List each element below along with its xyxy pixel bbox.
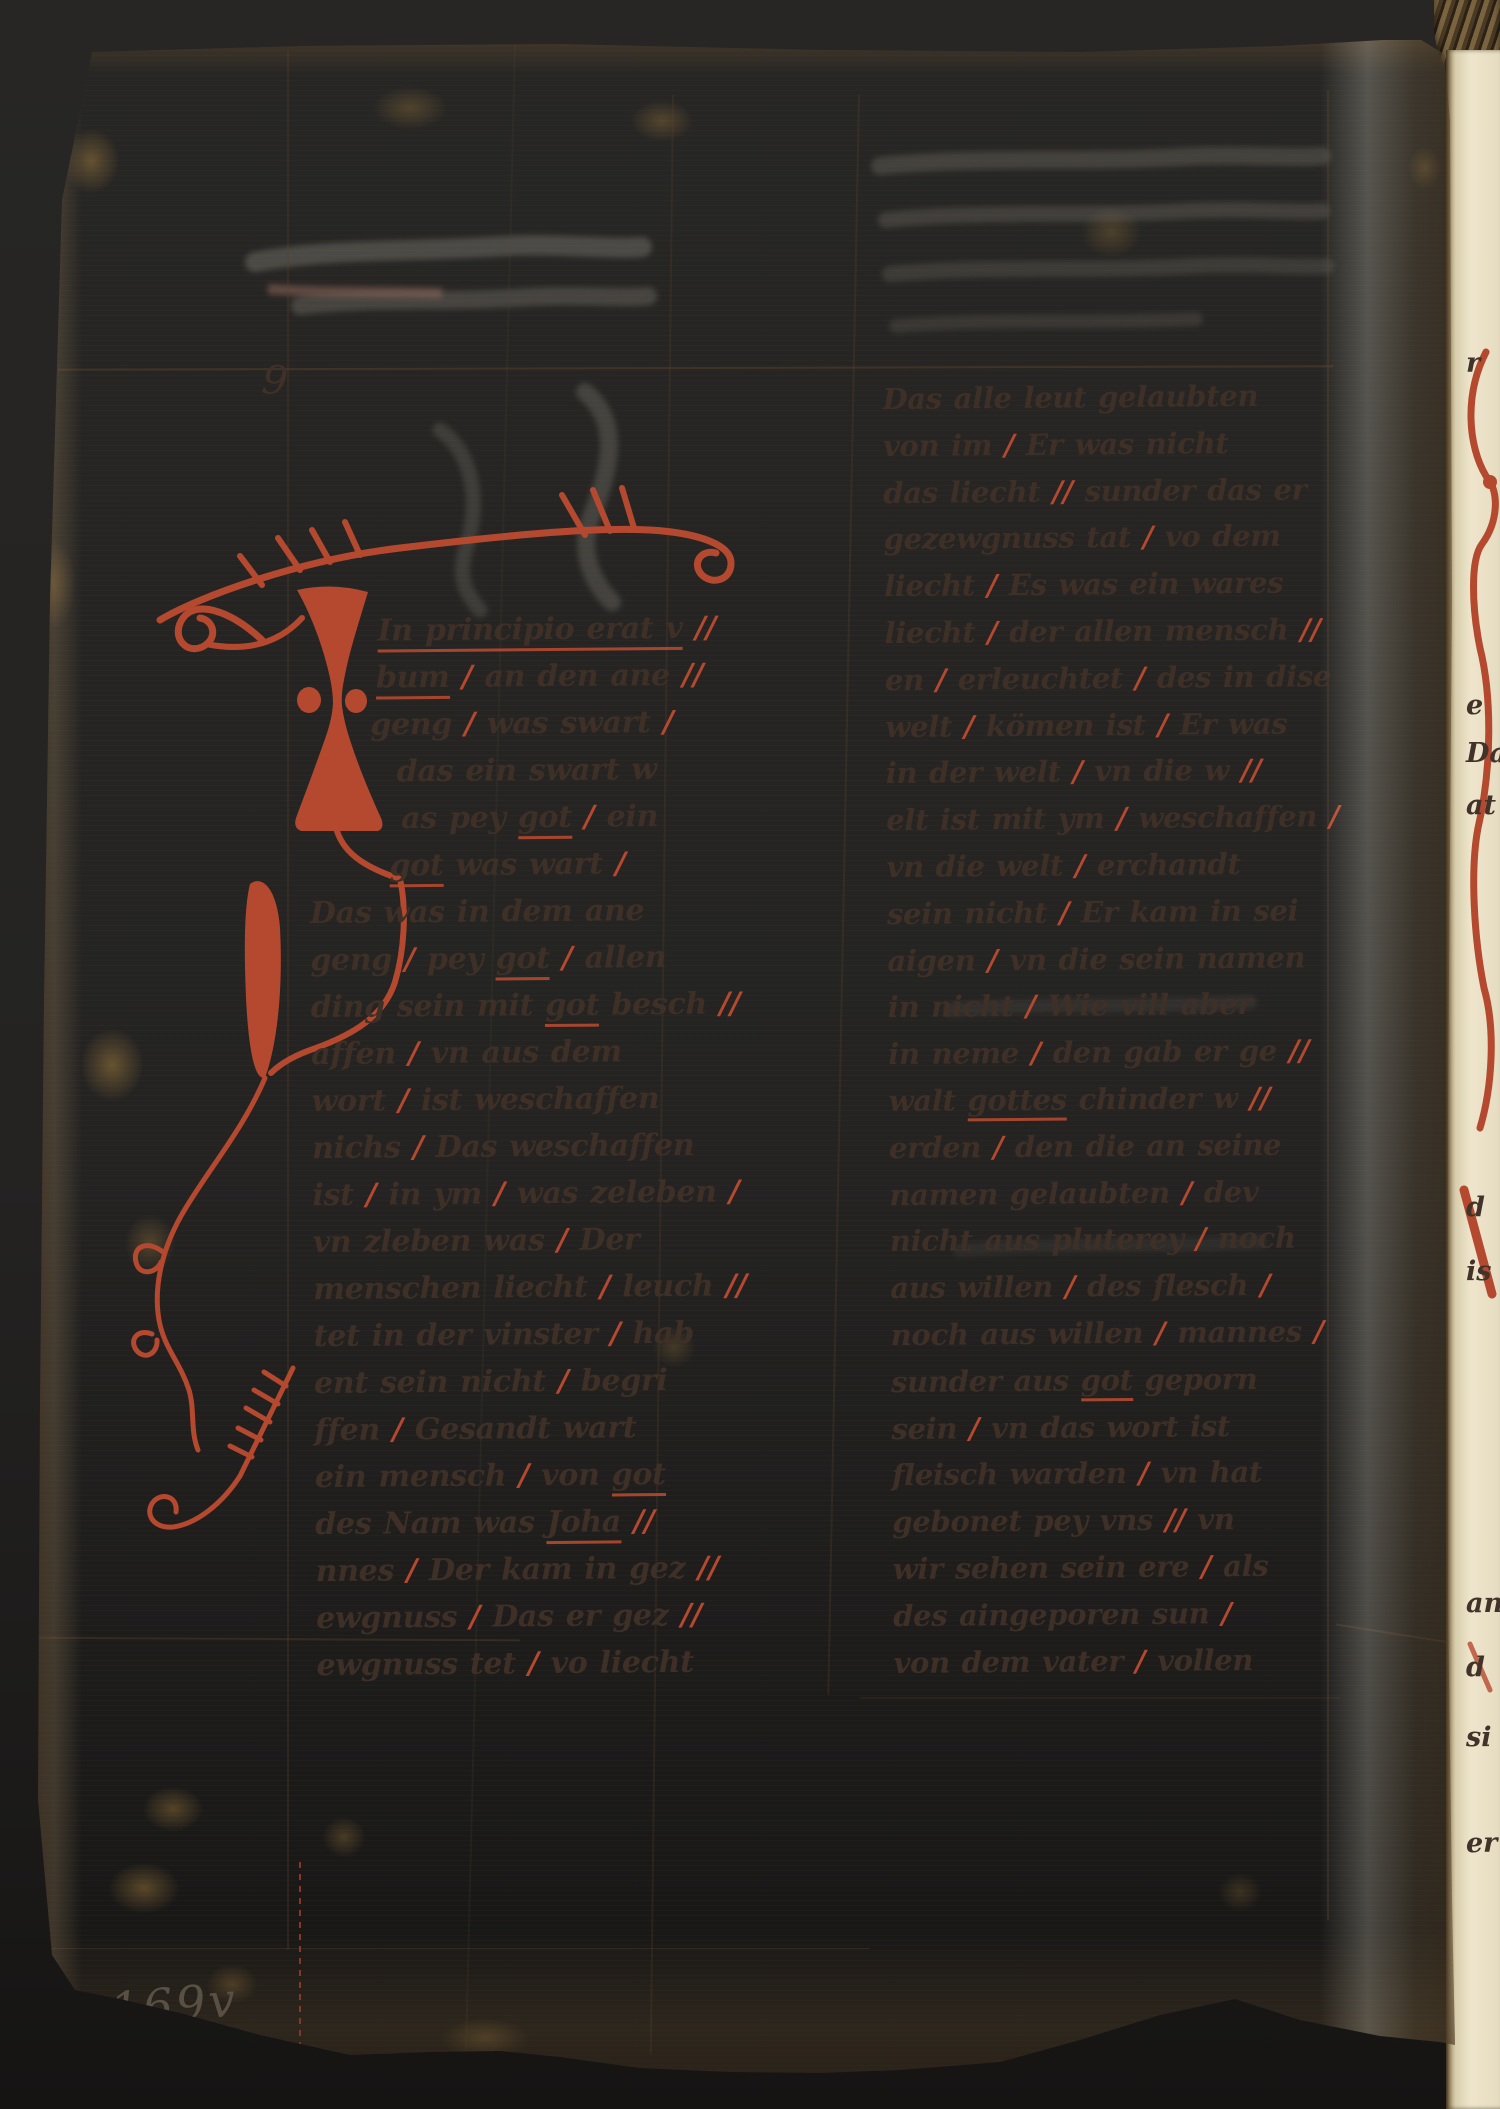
text-run: liecht xyxy=(884,568,987,603)
text-run: nichs xyxy=(312,1130,413,1166)
rubricated-word: bum xyxy=(376,660,450,700)
text-line: von dem vater / vollen xyxy=(893,1635,1373,1686)
text-run: liecht xyxy=(884,615,987,650)
rubric-mark: / xyxy=(1182,1175,1193,1209)
text-column-right: Das alle leut gelaubtenvon im / Er was n… xyxy=(882,372,1373,1686)
text-run: geng xyxy=(370,707,464,743)
rubricated-word: got xyxy=(518,800,572,839)
text-line: got was wart / xyxy=(309,839,789,890)
rubricated-word: got xyxy=(1081,1363,1133,1401)
text-line: nicht aus pluterey / noch xyxy=(890,1214,1370,1265)
text-line: aigen / vn die sein namen xyxy=(887,933,1367,984)
next-folio-text-fragment: Da xyxy=(1466,738,1500,769)
text-run: das liecht xyxy=(883,474,1052,509)
rubric-mark: / xyxy=(469,1600,480,1635)
text-line: liecht / Es was ein wares xyxy=(884,559,1364,610)
text-run: vo dem xyxy=(1153,519,1281,554)
text-run: in nicht xyxy=(888,989,1026,1024)
text-run: aus willen xyxy=(890,1270,1065,1306)
next-folio-text-fragment: r xyxy=(1466,348,1480,379)
text-line: ein mensch / von got xyxy=(315,1450,795,1501)
text-run: Es was ein wares xyxy=(997,566,1283,602)
rubric-mark: / xyxy=(557,1223,568,1258)
text-line: walt gottes chinder w // xyxy=(888,1074,1368,1125)
text-run: an den ane xyxy=(484,658,670,695)
text-run: als xyxy=(1211,1549,1268,1583)
text-line: gebonet pey vns // vn xyxy=(892,1495,1372,1546)
text-run: sunder das er xyxy=(1073,472,1307,508)
page-edge-shadow-bottom xyxy=(30,1930,1460,2090)
text-run: vn hat xyxy=(1149,1455,1263,1490)
rubric-mark: // xyxy=(1052,474,1073,508)
text-line: ding sein mit got besch // xyxy=(311,980,791,1031)
text-run: von im xyxy=(883,428,1004,463)
rubric-mark: / xyxy=(987,615,998,649)
text-line: in der welt / vn die w // xyxy=(886,746,1366,797)
text-run: ist weschaffen xyxy=(409,1081,660,1118)
text-run: von dem vater xyxy=(893,1643,1135,1679)
text-line: sein / vn das wort ist xyxy=(891,1401,1371,1452)
text-line: Das was in dem ane xyxy=(310,886,790,937)
text-run: gebonet pey vns xyxy=(892,1503,1165,1539)
next-folio-text-fragment: an xyxy=(1466,1588,1500,1619)
rubric-mark: / xyxy=(610,1316,621,1351)
rubric-mark: // xyxy=(685,1551,719,1586)
text-run: in neme xyxy=(888,1036,1031,1071)
text-run: was wart xyxy=(443,847,603,883)
rubric-mark: // xyxy=(1165,1503,1186,1537)
text-run: kömen ist xyxy=(974,707,1158,743)
text-run: vn aus dem xyxy=(419,1034,623,1071)
rubricated-word: In principio erat v xyxy=(377,611,682,653)
rubric-mark: / xyxy=(413,1130,424,1165)
text-run: sunder aus xyxy=(891,1363,1081,1399)
rubric-mark: / xyxy=(969,1411,980,1445)
text-line: das ein swart w xyxy=(309,745,789,796)
text-run: des aingeporen sun xyxy=(893,1596,1221,1633)
rubric-mark: / xyxy=(987,943,998,977)
rubric-mark: // xyxy=(670,658,704,693)
text-run: begri xyxy=(568,1363,667,1399)
next-folio-text-fragment: si xyxy=(1466,1722,1491,1753)
rubricated-word: got xyxy=(389,848,443,887)
text-run: welt xyxy=(885,709,964,744)
text-line: elt ist mit ym / weschaffen / xyxy=(886,793,1366,844)
rubric-mark: / xyxy=(572,800,607,835)
text-line: liecht / der allen mensch // xyxy=(884,606,1364,657)
text-line: in neme / den gab er ge // xyxy=(888,1027,1368,1078)
text-line: en / erleuchtet / des in dise xyxy=(885,653,1365,704)
rubric-mark: / xyxy=(1138,1456,1149,1490)
text-line: ffen / Gesandt wart xyxy=(314,1403,794,1454)
text-run: vn die w xyxy=(1083,753,1230,788)
text-line: nnes / Der kam in gez // xyxy=(315,1544,795,1595)
text-run: pey xyxy=(415,941,496,977)
text-line: nichs / Das weschaffen xyxy=(312,1121,792,1172)
text-run: vn xyxy=(1185,1502,1234,1536)
text-run: den die an seine xyxy=(1003,1127,1281,1163)
text-line: aus willen / des flesch / xyxy=(890,1261,1370,1312)
text-run: von xyxy=(529,1457,612,1493)
text-run: vn das wort ist xyxy=(979,1409,1230,1445)
rubric-mark: / xyxy=(603,846,626,881)
rubric-mark: / xyxy=(528,1646,539,1681)
rubric-mark: // xyxy=(707,986,741,1021)
text-run: Gesandt wart xyxy=(403,1410,637,1447)
text-run: ist xyxy=(312,1178,366,1213)
rubricated-word: gottes xyxy=(967,1082,1067,1121)
text-run: vn die welt xyxy=(886,848,1074,884)
text-run: en xyxy=(885,662,936,696)
rubric-mark: / xyxy=(1248,1268,1270,1302)
rubric-mark: // xyxy=(713,1268,747,1303)
text-run: ding sein mit xyxy=(311,988,546,1025)
text-line: des aingeporen sun / xyxy=(893,1589,1373,1640)
text-line: ewgnuss tet / vo liecht xyxy=(316,1638,796,1689)
next-folio-text-fragment: d xyxy=(1466,1652,1485,1683)
page-fold-shadow-right xyxy=(1320,40,1456,2050)
text-run: Das weschaffen xyxy=(423,1128,694,1165)
next-folio-text-fragment: at xyxy=(1466,790,1496,821)
rubricated-word: Joha xyxy=(547,1504,622,1544)
text-run: chinder w xyxy=(1067,1081,1238,1116)
rubric-mark: // xyxy=(668,1598,702,1633)
text-run: wir sehen sein ere xyxy=(893,1549,1202,1586)
text-line: bum / an den ane // xyxy=(308,651,788,702)
text-line: gezewgnuss tat / vo dem xyxy=(884,512,1364,563)
text-run: as pey xyxy=(401,800,518,836)
text-run: den gab er ge xyxy=(1041,1034,1277,1070)
text-line: fleisch warden / vn hat xyxy=(892,1448,1372,1499)
text-run: der allen mensch xyxy=(997,613,1288,650)
text-run: des Nam was xyxy=(315,1505,547,1542)
text-run: vn die sein namen xyxy=(997,940,1305,977)
text-run: noch xyxy=(1206,1221,1296,1256)
text-line: noch aus willen / mannes / xyxy=(890,1308,1370,1359)
text-line: sein nicht / Er kam in sei xyxy=(887,887,1367,938)
rubric-mark: / xyxy=(1135,661,1146,695)
rubric-mark: / xyxy=(1075,848,1086,882)
text-run: sein nicht xyxy=(887,895,1059,930)
text-run: Er was xyxy=(1168,706,1288,741)
rubric-mark: / xyxy=(1201,1549,1212,1583)
text-run: elt ist mit ym xyxy=(886,801,1116,837)
rubric-mark: / xyxy=(449,660,484,695)
page-edge-shadow-left xyxy=(36,44,82,1994)
rubric-mark: / xyxy=(717,1174,740,1209)
text-run: leuch xyxy=(610,1269,713,1305)
text-run: des flesch xyxy=(1075,1268,1248,1304)
rubric-mark: / xyxy=(518,1458,529,1493)
text-line: sunder aus got geporn xyxy=(891,1355,1371,1406)
next-folio-edge: reDaatdisandsier xyxy=(1446,50,1500,2109)
margin-mark: 9 xyxy=(260,357,290,405)
text-line: as pey got / ein xyxy=(309,792,789,843)
text-line: welt / kömen ist / Er was xyxy=(885,699,1365,750)
rubric-mark: / xyxy=(550,941,585,976)
rubric-mark: // xyxy=(1277,1034,1310,1068)
text-run: erchandt xyxy=(1085,847,1241,882)
rubric-mark: // xyxy=(621,1504,655,1539)
text-line: In principio erat v // xyxy=(307,604,787,655)
text-run: nnes xyxy=(316,1553,407,1589)
text-run: fleisch warden xyxy=(892,1456,1139,1492)
next-folio-text-fragment: is xyxy=(1466,1256,1491,1287)
text-run: ewgnuss tet xyxy=(316,1646,528,1683)
text-run: ewgnuss xyxy=(316,1600,470,1636)
text-run: Das was in dem ane xyxy=(310,893,645,931)
text-line: affen / vn aus dem xyxy=(311,1027,791,1078)
rubricated-word: got xyxy=(496,941,550,980)
text-line: vn zleben was / Der xyxy=(313,1215,793,1266)
text-run: in der welt xyxy=(886,755,1073,791)
rubric-mark: / xyxy=(1031,1036,1042,1070)
rubric-mark: / xyxy=(1072,755,1083,789)
text-run: Wie vill aber xyxy=(1036,987,1253,1023)
text-run: Das alle leut gelaubten xyxy=(882,379,1258,416)
text-run: namen gelaubten xyxy=(889,1175,1182,1212)
text-line: des Nam was Joha // xyxy=(315,1497,795,1548)
text-run: Er kam in sei xyxy=(1069,893,1298,929)
rubric-mark: / xyxy=(1065,1270,1076,1304)
rubric-mark: / xyxy=(936,662,947,696)
text-line: ent sein nicht / begri xyxy=(314,1356,794,1407)
rubric-mark: // xyxy=(1288,612,1321,646)
text-line: vn die welt / erchandt xyxy=(886,840,1366,891)
text-run: nicht aus pluterey xyxy=(890,1222,1196,1259)
rubric-mark: / xyxy=(558,1364,569,1399)
rubric-mark: / xyxy=(1059,895,1070,929)
text-run: ein xyxy=(607,799,659,834)
page: I 9 In principio erat v //bum / an den a… xyxy=(0,0,1500,2109)
rubric-mark: / xyxy=(1135,1643,1146,1677)
text-line: Das alle leut gelaubten xyxy=(882,372,1362,423)
rubric-mark: / xyxy=(1143,520,1154,554)
text-line: geng / pey got / allen xyxy=(310,933,790,984)
text-run: was zeleben xyxy=(505,1175,717,1212)
rubric-mark: / xyxy=(650,705,673,740)
rubric-mark: // xyxy=(1238,1081,1271,1115)
text-run: gezewgnuss tat xyxy=(884,520,1143,556)
rubric-mark: / xyxy=(1196,1222,1207,1256)
text-run: des in dise xyxy=(1145,659,1331,695)
text-run: Der kam in gez xyxy=(417,1551,686,1588)
rubric-mark: / xyxy=(1221,1596,1232,1630)
text-run: vo liecht xyxy=(538,1645,693,1681)
text-run: wort xyxy=(311,1083,398,1119)
next-folio-text-fragment: d xyxy=(1466,1192,1485,1223)
text-run: Das er gez xyxy=(480,1598,669,1635)
next-folio-text-fragment: er xyxy=(1466,1828,1497,1859)
rubricated-word: got xyxy=(612,1457,666,1496)
rubric-mark: / xyxy=(494,1176,505,1211)
text-line: tet in der vinster / hab xyxy=(313,1309,793,1360)
rubric-mark: // xyxy=(682,611,716,646)
rubric-mark: / xyxy=(993,1130,1004,1164)
text-run: vollen xyxy=(1145,1642,1253,1677)
rubric-mark: / xyxy=(1155,1316,1166,1350)
text-line: erden / den die an seine xyxy=(889,1121,1369,1172)
rubric-mark: // xyxy=(1229,753,1262,787)
text-line: wir sehen sein ere / als xyxy=(893,1542,1373,1593)
text-run: erleuchtet xyxy=(946,661,1135,697)
text-run: weschaffen xyxy=(1126,800,1317,836)
text-line: menschen liecht / leuch // xyxy=(313,1262,793,1313)
text-run: geng xyxy=(310,942,404,978)
text-line: das liecht // sunder das er xyxy=(883,466,1363,517)
text-line: wort / ist weschaffen xyxy=(311,1074,791,1125)
text-run: aigen xyxy=(887,943,987,978)
rubric-mark: / xyxy=(366,1178,377,1213)
text-run: sein xyxy=(891,1411,969,1446)
text-run: in ym xyxy=(376,1177,494,1213)
text-run: vn zleben was xyxy=(313,1223,557,1260)
rubricated-word: got xyxy=(545,988,599,1027)
rubric-mark: / xyxy=(599,1269,610,1304)
rubric-mark: / xyxy=(964,709,975,743)
text-line: ist / in ym / was zeleben / xyxy=(312,1168,792,1219)
text-run: geporn xyxy=(1133,1362,1258,1397)
text-run: allen xyxy=(584,940,666,976)
text-run: menschen liecht xyxy=(313,1270,600,1307)
text-column-left: In principio erat v //bum / an den ane /… xyxy=(307,604,796,1689)
text-run: mannes xyxy=(1165,1314,1302,1349)
text-run: ent sein nicht xyxy=(314,1364,558,1401)
page-edge-shadow-top xyxy=(50,40,1450,74)
text-run: hab xyxy=(620,1316,694,1352)
text-line: geng / was swart / xyxy=(308,698,788,749)
text-run: erden xyxy=(889,1130,993,1165)
rubric-mark: / xyxy=(406,1553,417,1588)
text-run: noch aus willen xyxy=(891,1316,1156,1352)
text-line: ewgnuss / Das er gez // xyxy=(316,1591,796,1642)
manuscript-photo: reDaatdisandsier xyxy=(0,0,1500,2109)
text-run: besch xyxy=(599,987,707,1023)
text-run: ein mensch xyxy=(315,1458,519,1495)
rubric-mark: / xyxy=(392,1412,403,1447)
text-line: von im / Er was nicht xyxy=(883,419,1363,470)
text-run: ffen xyxy=(314,1412,392,1448)
text-line: namen gelaubten / dev xyxy=(889,1167,1369,1218)
text-run: was swart xyxy=(475,705,651,742)
rubric-mark: / xyxy=(1025,989,1036,1023)
text-run: affen xyxy=(311,1036,408,1072)
text-run: Der xyxy=(567,1222,639,1258)
rubric-mark: / xyxy=(987,568,998,602)
text-run: Er was nicht xyxy=(1014,426,1228,462)
text-run: dev xyxy=(1192,1174,1259,1209)
text-run: das ein swart w xyxy=(397,752,657,789)
rubric-mark: / xyxy=(398,1083,409,1118)
text-line: in nicht / Wie vill aber xyxy=(888,980,1368,1031)
next-folio-text-fragment: e xyxy=(1466,690,1483,721)
text-run: tet in der vinster xyxy=(313,1317,610,1355)
initial-letter-value: I xyxy=(0,0,1,1)
text-run: walt xyxy=(888,1083,967,1118)
